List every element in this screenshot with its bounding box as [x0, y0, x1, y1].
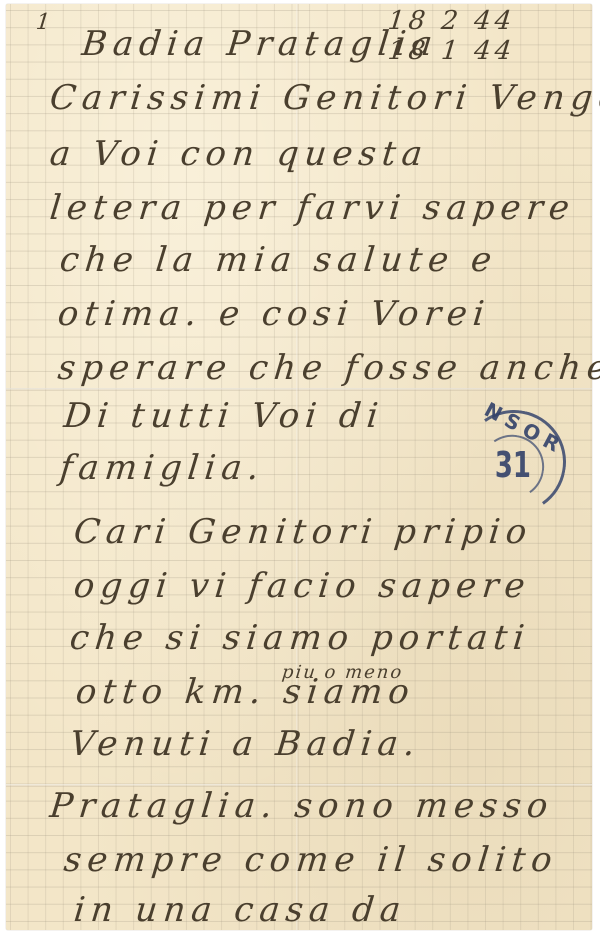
letter-line: sempre come il solito	[62, 840, 560, 880]
letter-line: che la mia salute e	[58, 240, 499, 280]
page-number: 1	[35, 10, 58, 35]
censor-stamp-number: 31	[495, 445, 531, 486]
letter-line: otima. e cosi Vorei	[56, 294, 492, 334]
letter-line: Cari Genitori pripio	[72, 512, 535, 552]
letter-line: Di tutti Voi di	[62, 396, 386, 436]
letter-line: Prataglia. sono messo	[48, 786, 556, 826]
paper-fold-horizontal	[6, 388, 592, 391]
letter-line: che si siamo portati	[68, 618, 532, 658]
letter-date-upper: 18 2 44	[386, 6, 516, 36]
letter-line: oggi vi facio sapere	[72, 566, 533, 606]
letter-line: Carissimi Genitori Vengo	[48, 78, 600, 118]
letter-line: letera per farvi sapere	[48, 188, 577, 228]
letter-date-lower: 18 1 44	[386, 36, 516, 66]
letter-line: Venuti a Badia.	[68, 724, 423, 764]
letter-line: sperare che fosse anche	[56, 348, 600, 388]
letter-line: famiglia.	[58, 448, 267, 488]
letter-line: a Voi con questa	[48, 134, 430, 174]
letter-line: otto km. siamo	[74, 672, 417, 712]
letter-line: in una casa da	[72, 890, 409, 930]
